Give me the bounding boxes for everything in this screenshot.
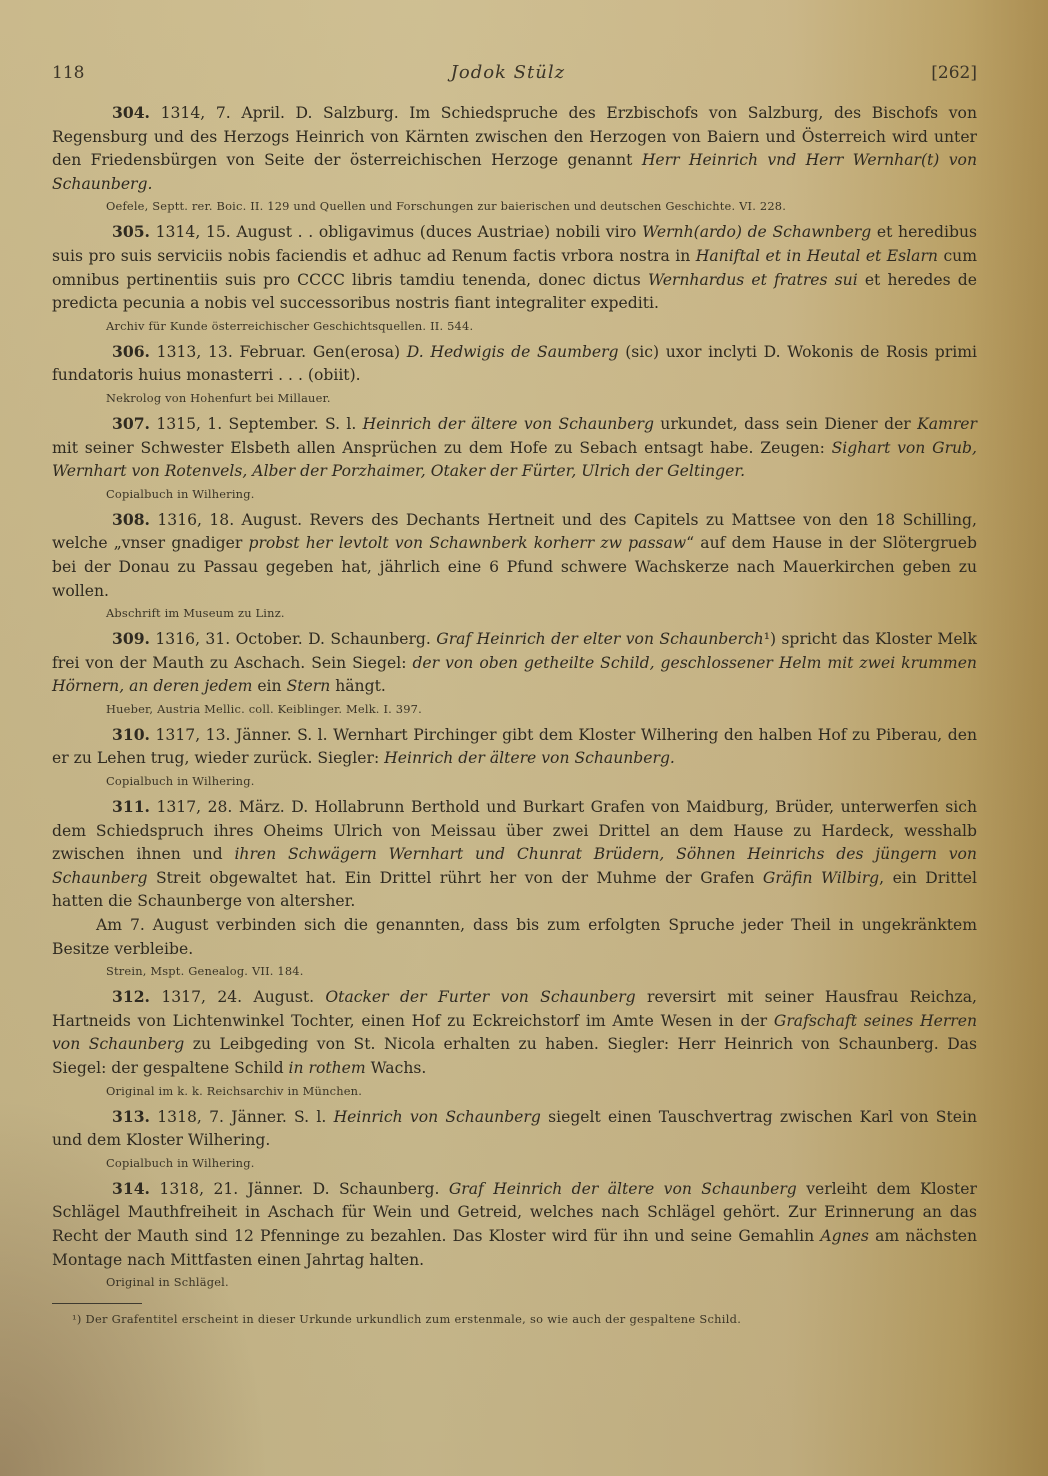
book-page: 118 Jodok Stülz [262] 304. 1314, 7. Apri…	[52, 62, 977, 1326]
text-segment: zu Leibgeding von St. Nicola erhalten zu…	[52, 1035, 977, 1077]
italic-segment: Heinrich von Schaunberg	[334, 1108, 541, 1126]
document-entry: 313. 1318, 7. Jänner. S. l. Heinrich von…	[52, 1105, 977, 1172]
italic-segment: Haniftal et in Heutal et Eslarn	[696, 247, 938, 265]
text-segment: hängt.	[330, 677, 386, 695]
text-segment: 1318, 21. Jänner. D. Schaunberg.	[159, 1180, 448, 1198]
entry-number: 306.	[112, 342, 150, 361]
footnote-text: Der Grafentitel erscheint in dieser Urku…	[86, 1312, 742, 1326]
running-title: Jodok Stülz	[451, 62, 565, 83]
entry-number: 305.	[112, 222, 150, 241]
footnote-rule	[52, 1303, 142, 1304]
entry-text: 312. 1317, 24. August. Otacker der Furte…	[52, 985, 977, 1080]
document-entry: 309. 1316, 31. October. D. Schaunberg. G…	[52, 627, 977, 718]
entry-text: 307. 1315, 1. September. S. l. Heinrich …	[52, 412, 977, 484]
text-segment: ein	[252, 677, 286, 695]
entry-number: 312.	[112, 987, 150, 1006]
text-segment: mit seiner Schwester Elsbeth allen Anspr…	[52, 439, 832, 457]
entry-source: Abschrift im Museum zu Linz.	[106, 604, 977, 622]
entry-number: 310.	[112, 725, 150, 744]
entry-number: 304.	[112, 103, 150, 122]
italic-segment: Kamrer	[917, 415, 977, 433]
document-entry: 308. 1316, 18. August. Revers des Dechan…	[52, 508, 977, 622]
italic-segment: probst her levtolt von Schawnberk korher…	[248, 534, 686, 552]
entry-source: Nekrolog von Hohenfurt bei Millauer.	[106, 389, 977, 407]
footnote: ¹) Der Grafentitel erscheint in dieser U…	[72, 1312, 977, 1326]
document-entry: 310. 1317, 13. Jänner. S. l. Wernhart Pi…	[52, 723, 977, 790]
document-entry: 305. 1314, 15. August . . obligavimus (d…	[52, 220, 977, 334]
text-segment: 1315, 1. September. S. l.	[156, 415, 362, 433]
document-entry: 307. 1315, 1. September. S. l. Heinrich …	[52, 412, 977, 503]
entry-source: Original im k. k. Reichsarchiv in Münche…	[106, 1082, 977, 1100]
document-entry: 311. 1317, 28. März. D. Hollabrunn Berth…	[52, 795, 977, 980]
italic-segment: D. Hedwigis de Saumberg	[407, 343, 619, 361]
document-entry: 306. 1313, 13. Februar. Gen(erosa) D. He…	[52, 340, 977, 407]
entry-text: 313. 1318, 7. Jänner. S. l. Heinrich von…	[52, 1105, 977, 1153]
entry-text: 305. 1314, 15. August . . obligavimus (d…	[52, 220, 977, 315]
bracket-page-number: [262]	[931, 63, 977, 83]
italic-segment: Agnes	[820, 1227, 869, 1245]
italic-segment: Gräfin Wilbirg	[763, 869, 879, 887]
running-head: 118 Jodok Stülz [262]	[52, 62, 977, 96]
text-segment: 1317, 24. August.	[161, 988, 325, 1006]
entry-number: 311.	[112, 797, 150, 816]
entry-source: Original in Schlägel.	[106, 1273, 977, 1291]
text-segment: 1313, 13. Februar. Gen(erosa)	[157, 343, 407, 361]
text-segment: Streit obgewaltet hat. Ein Drittel rührt…	[148, 869, 763, 887]
entry-source: Hueber, Austria Mellic. coll. Keiblinger…	[106, 700, 977, 718]
text-segment: urkundet, dass sein Diener der	[654, 415, 917, 433]
entry-number: 314.	[112, 1179, 150, 1198]
entry-source: Strein, Mspt. Genealog. VII. 184.	[106, 962, 977, 980]
italic-segment: Otacker der Furter von Schaunberg	[325, 988, 635, 1006]
entry-text: 306. 1313, 13. Februar. Gen(erosa) D. He…	[52, 340, 977, 388]
text-segment: 1318, 7. Jänner. S. l.	[157, 1108, 333, 1126]
entry-source: Archiv für Kunde österreichischer Geschi…	[106, 317, 977, 335]
entry-continuation: Am 7. August verbinden sich die genannte…	[52, 914, 977, 961]
entry-source: Copialbuch in Wilhering.	[106, 772, 977, 790]
italic-segment: Heinrich der ältere von Schaunberg	[363, 415, 654, 433]
entry-text: 311. 1317, 28. März. D. Hollabrunn Berth…	[52, 795, 977, 914]
entry-text: 308. 1316, 18. August. Revers des Dechan…	[52, 508, 977, 603]
text-segment: 1316, 31. October. D. Schaunberg.	[155, 630, 436, 648]
italic-segment: Wernh(ardo) de Schawnberg	[642, 223, 871, 241]
italic-segment: Stern	[287, 677, 331, 695]
entry-source: Copialbuch in Wilhering.	[106, 485, 977, 503]
footnote-marker: ¹)	[72, 1312, 82, 1326]
entry-number: 307.	[112, 414, 150, 433]
entry-text: 309. 1316, 31. October. D. Schaunberg. G…	[52, 627, 977, 699]
italic-segment: Heinrich der ältere von Schaunberg.	[384, 749, 675, 767]
text-segment: 1314, 15. August . . obligavimus (duces …	[156, 223, 642, 241]
entry-text: 310. 1317, 13. Jänner. S. l. Wernhart Pi…	[52, 723, 977, 771]
italic-segment: in rothem	[289, 1059, 366, 1077]
entry-text: 304. 1314, 7. April. D. Salzburg. Im Sch…	[52, 101, 977, 196]
italic-segment: Wernhardus et fratres sui	[648, 271, 858, 289]
text-segment: Wachs.	[366, 1059, 427, 1077]
italic-segment: Graf Heinrich der ältere von Schaunberg	[449, 1180, 797, 1198]
entry-source: Copialbuch in Wilhering.	[106, 1154, 977, 1172]
document-entry: 304. 1314, 7. April. D. Salzburg. Im Sch…	[52, 101, 977, 215]
entry-number: 313.	[112, 1107, 150, 1126]
entry-number: 309.	[112, 629, 150, 648]
document-entry: 312. 1317, 24. August. Otacker der Furte…	[52, 985, 977, 1099]
italic-segment: Graf Heinrich der elter von Schaunberch	[436, 630, 763, 648]
entry-source: Oefele, Septt. rer. Boic. II. 129 und Qu…	[106, 197, 977, 215]
page-number: 118	[52, 63, 84, 83]
entry-number: 308.	[112, 510, 150, 529]
entry-text: 314. 1318, 21. Jänner. D. Schaunberg. Gr…	[52, 1177, 977, 1272]
document-entry: 314. 1318, 21. Jänner. D. Schaunberg. Gr…	[52, 1177, 977, 1291]
entries-list: 304. 1314, 7. April. D. Salzburg. Im Sch…	[52, 101, 977, 1291]
